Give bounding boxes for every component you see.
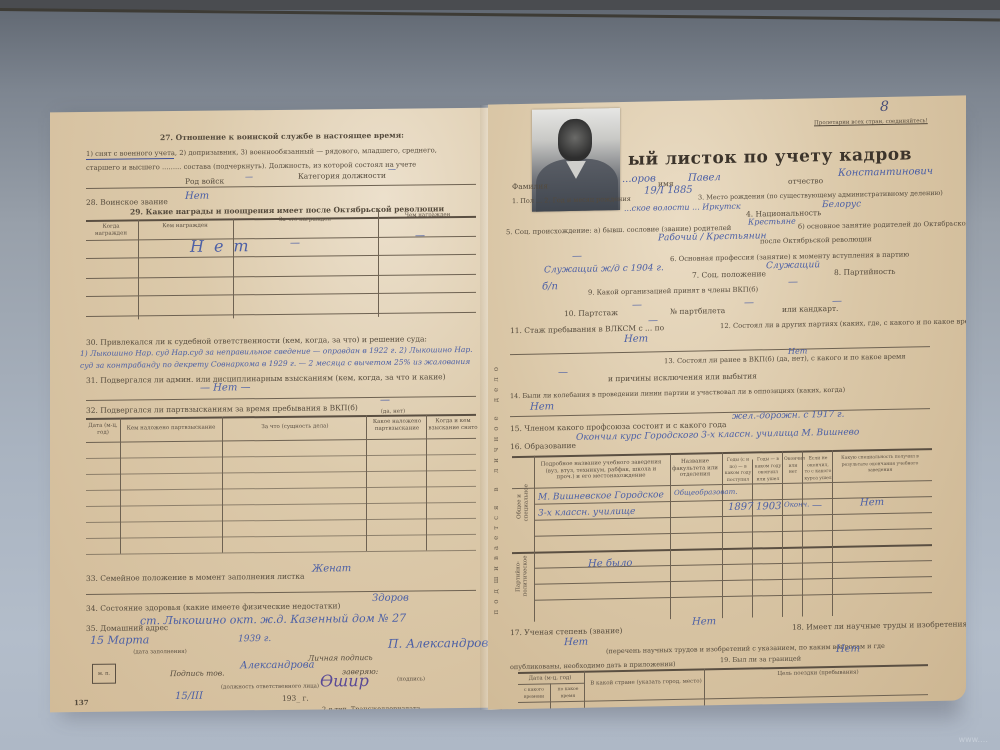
table-col-line — [670, 453, 671, 619]
q12-value: Нет — [624, 334, 648, 345]
table-row-line — [86, 470, 476, 475]
awards-header-when: Когда награжден — [86, 223, 136, 237]
table-row-line — [86, 274, 476, 279]
q13b-value: — — [558, 367, 568, 378]
q3-label: 3. Место рождения (по существующему адми… — [698, 189, 943, 202]
abroad-header-to: по какое время — [552, 687, 584, 701]
certify-value: Александрова — [240, 660, 315, 672]
q34-label: 34. Состояние здоровья (какие имеете физ… — [86, 601, 340, 613]
q5b-label: б) основное занятие родителей до Октябрь… — [798, 219, 966, 231]
q13b-label: и причины исключения или выбытия — [608, 371, 757, 383]
q10b-value: — — [744, 297, 754, 308]
table-row-line — [86, 438, 476, 443]
q13-label: 13. Состоял ли ранее в ВКП(б) (да, нет),… — [664, 353, 906, 366]
q14-value: Нет — [530, 401, 554, 412]
abroad-header-country: В какой стране (указать город, место) — [588, 678, 704, 687]
q33-label: 33. Семейное положение в момент заполнен… — [86, 572, 304, 583]
q27-text1: 1) снят с военного учета, 2) допризывник… — [86, 146, 437, 158]
q17-label: 17. Ученая степень (звание) — [510, 626, 622, 637]
certify-signature: Ѳшир — [320, 671, 369, 691]
q9-label: 9. Какой организацией принят в члены ВКП… — [588, 285, 758, 296]
table-col-line — [534, 456, 535, 622]
surname-value: ...оров — [622, 173, 656, 185]
q10b-label: № партбилета — [670, 306, 725, 316]
q10c-label: или кандкарт. — [782, 304, 838, 314]
q19-label: 19. Был ли за границей — [720, 655, 801, 665]
table-col-line — [832, 450, 833, 616]
table-row-line — [86, 454, 476, 459]
certify-label: Подпись тов. — [170, 669, 225, 679]
edu-row-1-school: Не было — [588, 558, 632, 570]
edu-header-3: Годы — в каком году окончил или ушел — [754, 457, 782, 484]
table-col-line — [584, 671, 585, 710]
q7-label: 7. Соц. положение — [692, 269, 766, 279]
table-col-line — [120, 418, 121, 554]
table-col-line — [752, 460, 753, 618]
form-title: ый листок по учету кадров — [628, 144, 912, 169]
certify-sign-hint: (подпись) — [396, 676, 426, 683]
q10-value: — — [632, 300, 642, 311]
abroad-header-from: с какого времени — [518, 687, 550, 701]
abroad-header-date: Дата (м-ц, год) — [518, 675, 582, 683]
edu-row-0-end: 1903 — [756, 501, 781, 512]
table-col-line — [722, 452, 723, 618]
divider — [86, 396, 476, 401]
edu-row-0-start: 1897 — [728, 501, 753, 512]
q28-value: Нет — [185, 191, 209, 202]
edu-row-0-dropout: — — [812, 500, 822, 511]
q9-value: — — [788, 277, 798, 288]
edu-row-0-finished: Оконч. — [784, 500, 809, 508]
q27-text3-value: — — [245, 172, 253, 181]
table-row-line — [534, 576, 932, 585]
penalties-header-type: Какое наложено партвзыскание — [368, 418, 426, 432]
awards-header-for: За что награжден — [235, 216, 375, 224]
q27-text4-value: — — [388, 165, 396, 174]
edu-header-6: Какую специальность получил в результате… — [834, 454, 926, 475]
q8-value: б/п — [542, 281, 558, 292]
q34-value: Здоров — [372, 593, 409, 604]
q31-value: — Нет — — [200, 382, 250, 394]
table-col-line — [802, 451, 803, 617]
fill-date: 15 Марта — [90, 633, 149, 647]
q27-title: 27. Отношение к воинской службе в настоя… — [160, 131, 404, 143]
window-sill-edge — [0, 0, 1000, 10]
q5c-label: после Октябрьской революции — [760, 235, 872, 245]
table-col-line — [366, 415, 367, 551]
table-row-line — [86, 292, 476, 297]
q27-text4: Категория должности — [298, 171, 386, 181]
q6-value: Служащий ж/д с 1904 г. — [544, 263, 664, 275]
edu-row-0-faculty: Общеобразоват. — [674, 488, 737, 497]
q1-value: 19/I 1885 — [644, 185, 693, 197]
q12-label: 12. Состоял ли в других партиях (каких, … — [720, 317, 966, 330]
penalties-header-for: За что (сущность дела) — [225, 423, 365, 431]
q10-label: 10. Партстаж — [564, 308, 618, 318]
edu-row-0-school: М. Вишневское Городское 3-х классн. учил… — [538, 487, 668, 521]
signature-value: П. Александров — [388, 636, 488, 651]
q15-value: жел.-дорожн. с 1917 г. — [732, 410, 844, 422]
q18-label: 18. Имеет ли научные труды и изобретения — [792, 619, 966, 631]
table-row-line — [86, 534, 476, 539]
awards-value: Нет — [190, 236, 259, 256]
watermark: www.… — [959, 735, 988, 744]
name-value: Павел — [688, 172, 721, 184]
q35-value: ст. Лыкошино окт. ж.д. Казенный дом № 27 — [140, 612, 406, 628]
form-number: 137 — [74, 698, 89, 707]
q5c-value: — — [572, 251, 582, 262]
patronymic-value: Константинович — [838, 166, 933, 179]
q5a-value: Крестьяне — [748, 217, 796, 227]
q32-value: — — [380, 395, 390, 406]
q10c-value: — — [832, 296, 842, 307]
q13-value: Нет — [788, 346, 807, 355]
stamp-box: м. п. — [92, 664, 116, 684]
table-row-line — [86, 254, 476, 259]
divider — [510, 408, 930, 417]
table-subheader-line — [518, 683, 584, 685]
q8-label: 8. Партийность — [834, 267, 895, 277]
q7-value: Служащий — [766, 260, 820, 271]
q11-value: — — [648, 315, 658, 326]
table-col-line — [550, 683, 551, 709]
penalties-header-by: Кем наложено партвзыскание — [122, 425, 220, 433]
table-col-line — [222, 417, 223, 553]
fill-date-hint: (дата заполнения) — [130, 649, 190, 656]
edu-header-0: Подробное название учебного заведения (в… — [536, 459, 666, 481]
edu-header-2: Годы (с и по) — в каком году поступил — [724, 458, 752, 485]
table-col-line — [426, 414, 427, 550]
q5b-value: Рабочий / Крестьянин — [658, 231, 766, 243]
right-page: 8 Пролетарии всех стран, соединяйтесь! ы… — [488, 95, 966, 709]
awards-dash: — — [290, 238, 300, 249]
certify-hint: (должность ответственного лица) — [220, 684, 320, 692]
penalties-header-date: Дата (м-ц, год) — [86, 423, 120, 436]
q14-label: 14. Были ли колебания в проведении линии… — [510, 386, 845, 400]
signature-label: Личная подпись — [308, 653, 373, 663]
vertical-margin-text: подшивается в личное дело — [492, 214, 500, 614]
edu-header-5: Если не окончил, то с какого курса ушел — [804, 456, 832, 483]
left-page: 27. Отношение к воинской службе в настоя… — [50, 108, 495, 713]
q28-label: 28. Воинское звание — [86, 197, 168, 207]
q32-label: 32. Подвергался ли партвзысканиям за вре… — [86, 403, 358, 415]
table-row-line — [86, 486, 476, 491]
table-row-line — [86, 312, 476, 317]
awards-dash-2: — — [415, 230, 425, 241]
certify-year: 193_ г. — [282, 694, 309, 703]
window-frame-line — [0, 8, 1000, 21]
q33-value: Женат — [312, 563, 351, 574]
slogan: Пролетарии всех стран, соединяйтесь! — [814, 118, 928, 126]
q30-value: 1) Лыкошино Нар. суд Нар.суд за неправил… — [80, 344, 480, 372]
table-col-line — [138, 219, 139, 319]
table-col-line — [782, 451, 783, 617]
table-row-line — [86, 518, 476, 523]
q16-label: 16. Образование — [510, 441, 576, 451]
penalties-header-removed: Когда и кем взыскание снято — [428, 418, 478, 432]
q19-value: Нет — [836, 643, 860, 654]
abroad-header-purpose: Цель поездки (пребывания) — [708, 668, 928, 679]
page-number: 8 — [880, 99, 889, 115]
surname-label: Фамилия — [512, 181, 548, 191]
divider — [86, 590, 476, 595]
table-col-line — [233, 218, 234, 318]
patronymic-label: отчество — [788, 176, 823, 186]
q27-text3: Род войск — [185, 177, 224, 186]
certify-date: 15/III — [175, 691, 203, 702]
photo-head — [558, 119, 592, 162]
table-col-line — [378, 209, 379, 317]
awards-header-by: Кем награжден — [140, 222, 230, 229]
q17-value: Нет — [692, 616, 716, 627]
table-col-line — [704, 668, 705, 708]
q3-value: ...ское волости ... Иркутск — [624, 202, 741, 213]
table-row-line — [534, 592, 932, 601]
q27-underline — [86, 158, 174, 160]
edu-row-label-party: Партийно-политическое — [516, 556, 529, 596]
fill-year: 1939 г. — [238, 634, 271, 644]
edu-header-4: Окончил или нет — [784, 457, 802, 477]
table-row-line — [86, 502, 476, 507]
edu-row-label-general: Общее и специальное — [517, 491, 530, 521]
q4-value: Белорус — [822, 199, 861, 210]
awards-header-what: Чем награжден — [380, 212, 475, 219]
edu-header-1: Название факультета или отделения — [672, 458, 718, 478]
table-row-line — [534, 528, 932, 537]
q31-label: 31. Подвергался ли админ. или дисциплина… — [86, 372, 446, 385]
table-row-line — [86, 550, 476, 555]
edu-row-0-specialty: Нет — [860, 497, 884, 508]
divider — [86, 184, 476, 189]
